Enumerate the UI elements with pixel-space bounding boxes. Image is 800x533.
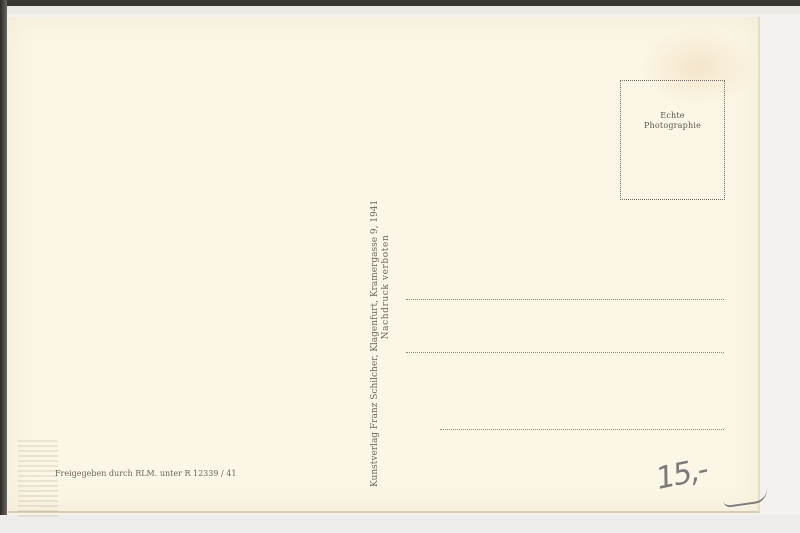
stamp-box-line1: Echte: [621, 111, 724, 121]
address-line-3: [440, 429, 724, 430]
paper-damage: [18, 437, 58, 517]
publisher-line1: Kunstverlag Franz Schilcher, Klagenfurt,…: [370, 87, 381, 487]
scan-left-edge: [0, 0, 7, 533]
publisher-imprint: Kunstverlag Franz Schilcher, Klagenfurt,…: [370, 87, 392, 487]
approval-note: Freigegeben durch RLM. unter R 12339 / 4…: [55, 469, 236, 478]
postcard-back: Echte Photographie Kunstverlag Franz Sch…: [8, 17, 760, 513]
stamp-box: Echte Photographie: [620, 80, 725, 200]
publisher-line2: Nachdruck verboten: [381, 87, 392, 487]
address-line-1: [406, 299, 724, 300]
scan-bottom-band: [0, 515, 800, 533]
stamp-box-text: Echte Photographie: [621, 111, 724, 131]
stamp-box-line2: Photographie: [621, 121, 724, 131]
handwritten-price: 15,-: [653, 452, 710, 497]
scan-top-band: [0, 6, 800, 14]
address-line-2: [406, 352, 724, 353]
handwritten-underline: [722, 488, 769, 508]
